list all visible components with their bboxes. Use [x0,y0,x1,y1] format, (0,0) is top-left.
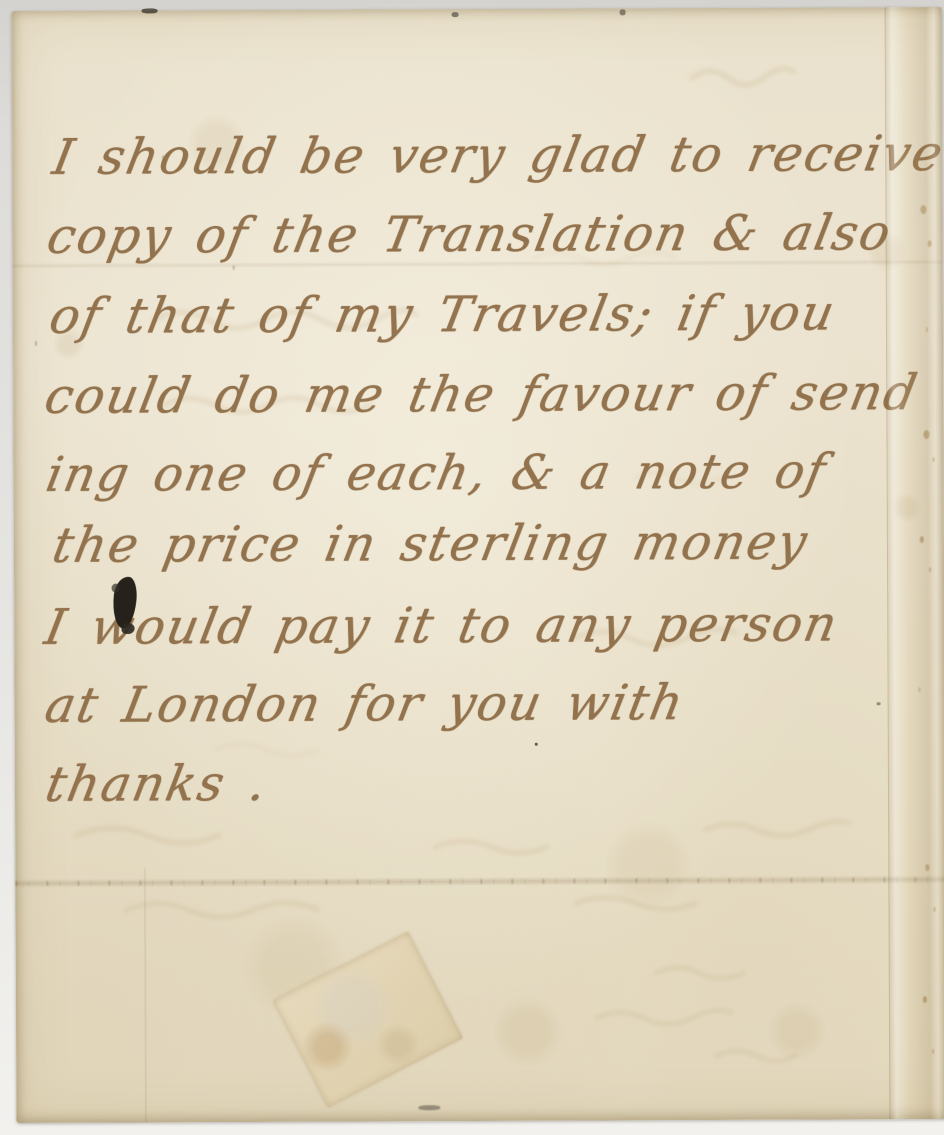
handwriting-line-6: the price in sterling money [48,514,813,574]
edge-speck [620,9,626,15]
foxing-spots [920,205,926,214]
dirt-speck [877,702,881,705]
edge-speck [142,8,158,13]
handwriting-line-7: I would pay it to any person [40,595,843,656]
letter-page: I should be very glad to receive a copy … [12,7,944,1123]
fold-crease-main [15,875,944,888]
handwriting-line-8: at London for you with [41,674,690,734]
edge-speck [418,1105,440,1110]
edge-speck [452,12,459,17]
handwriting-line-4: could do me the favour of send [40,364,923,425]
handwriting-line-5: ing one of each, & a note of [42,443,832,502]
handwriting-line-3: of that of my Travels; if you [45,284,841,344]
handwriting-line-1: I should be very glad to receive a [48,125,944,186]
vertical-crease [143,868,147,1122]
adhesive-patch-residue [273,931,463,1107]
dirt-speck [535,743,538,746]
handwriting-line-2: copy of the Translation & also [43,204,897,265]
scan-background: I should be very glad to receive a copy … [0,0,944,1135]
handwriting-line-9: thanks . [41,755,273,813]
